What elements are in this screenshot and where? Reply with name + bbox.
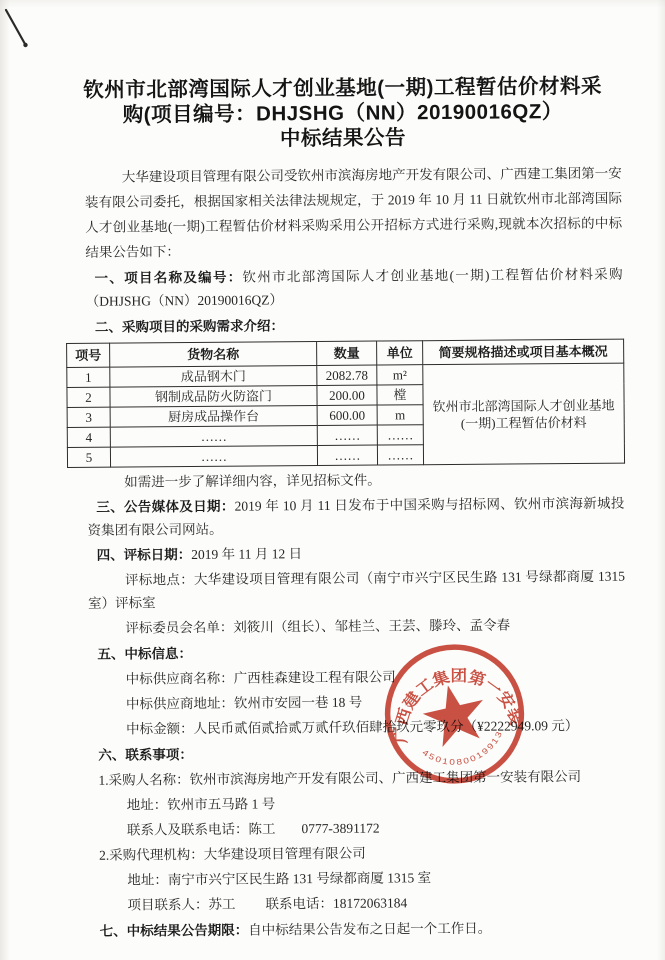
intro-paragraph: 大华建设项目管理有限公司受钦州市滨海房地产开发有限公司、广西建工集团第一安装有限… xyxy=(85,161,623,265)
cell-unit: …… xyxy=(377,445,423,465)
section7-text: 自中标结果公告发布之日起一个工作日。 xyxy=(248,921,491,938)
cell-name: …… xyxy=(110,426,317,448)
section-award-info: 五、中标信息： xyxy=(88,639,625,666)
eval-committee: 评标委员会名单：刘筱川（组长）、邹桂兰、王芸、滕玲、孟令春 xyxy=(88,613,625,640)
cell-unit: m xyxy=(377,405,423,425)
section4-text: 2019 年 11 月 12 日 xyxy=(191,546,302,562)
table-row: 1 成品钢木门 2082.78 m² 钦州市北部湾国际人才创业基地(一期)工程暂… xyxy=(67,363,624,387)
section-requirements: 二、采购项目的采购需求介绍： xyxy=(86,312,623,339)
cell-name: …… xyxy=(110,446,317,468)
section-announcement-period: 七、中标结果公告期限：自中标结果公告发布之日起一个工作日。 xyxy=(91,916,628,943)
document-title: 钦州市北部湾国际人才创业基地(一期)工程暂估价材料采 购(项目编号：DHJSHG… xyxy=(64,74,622,153)
section-media-date: 三、公告媒体及日期：2019 年 10 月 11 日发布于中国采购与招标网、钦州… xyxy=(87,492,624,542)
purchaser-address: 地址：钦州市五马路 1 号 xyxy=(90,790,627,817)
cell-no: 3 xyxy=(67,407,110,427)
cell-no: 2 xyxy=(67,387,110,407)
cell-name: 成品钢木门 xyxy=(110,366,317,388)
col-spec-summary: 简要规格描述或项目基本概况 xyxy=(423,339,624,365)
eval-location: 评标地点：大华建设项目管理有限公司（南宁市兴宁区民生路 131 号绿都商厦 13… xyxy=(88,565,625,615)
agency-address: 地址：南宁市兴宁区民生路 131 号绿都商厦 1315 室 xyxy=(90,865,627,892)
winner-address: 中标供应商地址：钦州市安园一巷 18 号 xyxy=(89,689,626,716)
cell-unit: …… xyxy=(377,425,423,445)
procurement-requirements-table: 项号 货物名称 数量 单位 简要规格描述或项目基本概况 1 成品钢木门 2082… xyxy=(66,339,625,468)
cell-qty: …… xyxy=(317,425,377,445)
section6-label: 六、联系事项： xyxy=(98,747,193,763)
pen-mark-artifact xyxy=(0,0,60,70)
winner-name: 中标供应商名称：广西桂森建设工程有限公司 xyxy=(89,664,626,691)
section4-label: 四、评标日期： xyxy=(97,547,192,563)
cell-qty: 200.00 xyxy=(317,385,377,405)
section1-label: 一、项目名称及编号： xyxy=(95,270,243,286)
section7-label: 七、中标结果公告期限： xyxy=(100,923,249,939)
purchaser-phone: 0777-3891172 xyxy=(301,821,379,837)
section3-label: 三、公告媒体及日期： xyxy=(96,499,234,515)
cell-name: 钢制成品防火防盗门 xyxy=(110,386,317,408)
cell-qty: 2082.78 xyxy=(317,365,377,385)
winner-amount: 中标金额：人民币贰佰贰拾贰万贰仟玖佰肆拾玖元零玖分（¥2222949.09 元） xyxy=(89,714,626,741)
cell-unit: 樘 xyxy=(377,385,423,405)
cell-no: 1 xyxy=(67,367,110,387)
agency-contact-person: 项目联系人：苏工 xyxy=(127,897,235,913)
purchaser-name: 1.采购人名称：钦州市滨海房地产开发有限公司、广西建工集团第一安装有限公司 xyxy=(89,765,626,792)
cell-name: 厨房成品操作台 xyxy=(110,406,317,428)
document-content: 钦州市北部湾国际人才创业基地(一期)工程暂估价材料采 购(项目编号：DHJSHG… xyxy=(64,74,628,943)
cell-no: 4 xyxy=(67,427,110,447)
agency-contact-line: 项目联系人：苏工联系电话：18172063184 xyxy=(90,890,627,917)
title-line-2: 购(项目编号：DHJSHG（NN）20190016QZ） xyxy=(64,99,621,128)
col-unit: 单位 xyxy=(377,341,423,365)
cell-qty: …… xyxy=(317,445,377,465)
section2-label: 二、采购项目的采购需求介绍： xyxy=(95,318,284,334)
section-project-name: 一、项目名称及编号：钦州市北部湾国际人才创业基地(一期)工程暂估价材料采购（DH… xyxy=(85,263,622,313)
cell-qty: 600.00 xyxy=(317,405,377,425)
cell-no: 5 xyxy=(67,447,110,467)
document-body: 大华建设项目管理有限公司受钦州市滨海房地产开发有限公司、广西建工集团第一安装有限… xyxy=(85,161,623,339)
cell-summary: 钦州市北部湾国际人才创业基地(一期)工程暂估价材料 xyxy=(423,363,625,465)
title-line-3: 中标结果公告 xyxy=(64,124,621,153)
table-note: 如需进一步了解详细内容，详见招标文件。 xyxy=(87,467,624,494)
section-contact: 六、联系事项： xyxy=(89,740,626,767)
section-eval-date: 四、评标日期：2019 年 11 月 12 日 xyxy=(88,540,625,567)
agency-name: 2.采购代理机构：大华建设项目管理有限公司 xyxy=(90,840,627,867)
section5-label: 五、中标信息： xyxy=(97,646,192,662)
cell-unit: m² xyxy=(377,365,423,385)
purchaser-contact-line: 联系人及联系电话：陈工0777-3891172 xyxy=(90,815,627,842)
col-quantity: 数量 xyxy=(317,341,377,365)
scanned-document-page: 钦州市北部湾国际人才创业基地(一期)工程暂估价材料采 购(项目编号：DHJSHG… xyxy=(0,0,665,960)
purchaser-contact-person: 联系人及联系电话：陈工 xyxy=(127,821,276,837)
document-body-lower: 如需进一步了解详细内容，详见招标文件。 三、公告媒体及日期：2019 年 10 … xyxy=(87,467,628,943)
col-item-no: 项号 xyxy=(67,343,110,367)
agency-phone: 联系电话：18172063184 xyxy=(265,895,407,911)
col-goods-name: 货物名称 xyxy=(110,342,317,368)
